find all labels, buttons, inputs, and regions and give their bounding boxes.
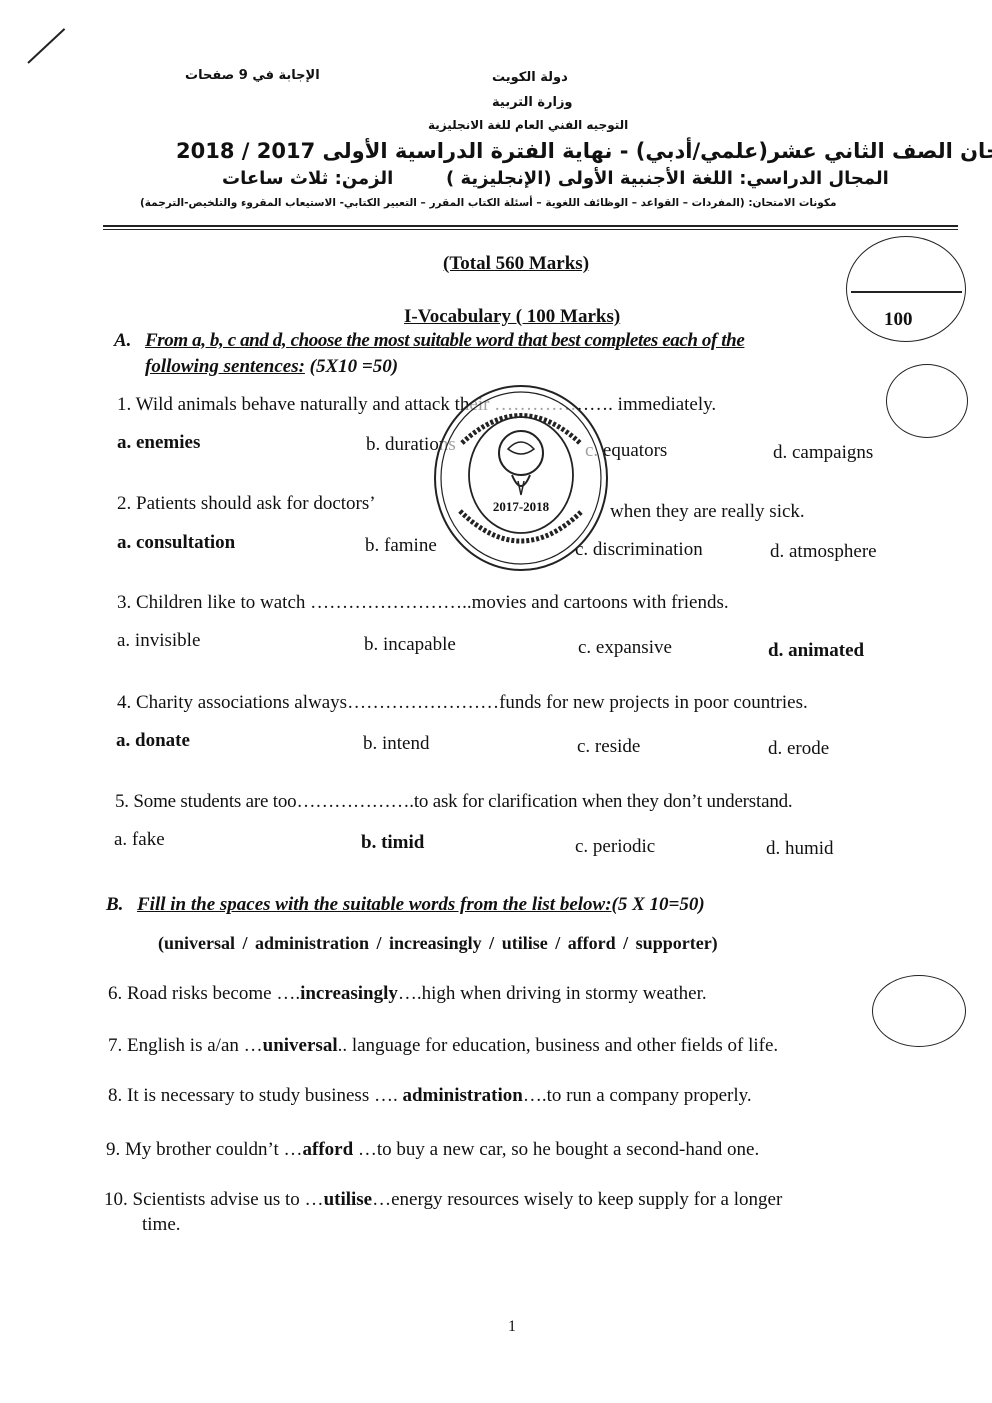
q3-option-a: a. invisible [117,630,200,652]
question-2-start: 2. Patients should ask for doctors’ [117,493,376,515]
q1-option-a: a. enemies [117,432,200,454]
q10-answer: utilise [324,1189,373,1210]
question-8: 8. It is necessary to study business …. … [108,1085,752,1107]
section-score: 100 [884,309,913,331]
q8-answer: administration [402,1085,522,1106]
pages-note: الإجابة في 9 صفحات [185,68,320,83]
q9-text: 9. My brother couldn’t … [106,1139,303,1160]
answer-circle-b [872,975,966,1047]
q9-answer: afford [303,1139,354,1160]
q2-option-d: d. atmosphere [770,541,877,563]
question-3: 3. Children like to watch ……………………..movi… [117,592,729,614]
q7-text-end: .. language for education, business and … [338,1035,779,1056]
part-a-instruction-line1: From a, b, c and d, choose the most suit… [145,330,744,352]
q7-answer: universal [263,1035,338,1056]
score-circle-divider [851,291,962,293]
question-10-continuation: time. [142,1214,181,1236]
q3-option-b: b. incapable [364,634,456,656]
q3-option-d: d. animated [768,640,864,662]
ministry-name: وزارة التربية [492,95,573,110]
q4-option-d: d. erode [768,738,829,760]
q10-text: 10. Scientists advise us to … [104,1189,324,1210]
total-marks: (Total 560 Marks) [443,253,589,275]
header-divider-2 [103,229,958,230]
q4-option-b: b. intend [363,733,430,755]
question-2-end: when they are really sick. [610,501,805,523]
q8-text-end: ….to run a company properly. [523,1085,752,1106]
part-a-label: A. [114,330,131,352]
question-10: 10. Scientists advise us to …utilise…ene… [104,1189,782,1211]
pen-mark [27,28,65,64]
question-5: 5. Some students are too……………….to ask fo… [115,791,792,813]
question-1: 1. Wild animals behave naturally and att… [117,394,716,416]
q8-text: 8. It is necessary to study business …. [108,1085,402,1106]
q2-option-b: b. famine [365,535,437,557]
part-b-instruction: Fill in the spaces with the suitable wor… [137,894,705,916]
part-b-marks: (5 X 10=50) [612,894,705,915]
q3-option-c: c. expansive [578,637,672,659]
q5-option-a: a. fake [114,829,165,851]
exam-time: الزمن: ثلاث ساعات [222,168,393,189]
q1-option-d: d. campaigns [773,442,873,464]
q10-text-end: …energy resources wisely to keep supply … [372,1189,782,1210]
q5-option-c: c. periodic [575,836,655,858]
word-list: (universal / administration / increasing… [158,933,718,954]
question-9: 9. My brother couldn’t …afford …to buy a… [106,1139,759,1161]
country-name: دولة الكويت [492,70,568,85]
part-a-instruction-text: following sentences: [145,356,305,377]
exam-title: امتحان الصف الثاني عشر(علمي/أدبي) - نهاي… [176,139,992,163]
q2-option-a: a. consultation [117,532,235,554]
header-divider [103,225,958,227]
part-b-label: B. [106,894,123,916]
q6-text-end: ….high when driving in stormy weather. [398,983,707,1004]
part-a-instruction-line2: following sentences: (5X10 =50) [145,356,398,378]
q9-text-end: …to buy a new car, so he bought a second… [353,1139,759,1160]
answer-circle [886,364,968,438]
question-4: 4. Charity associations always……………………fu… [117,692,808,714]
department-name: التوجيه الفني العام للغة الانجليزية [428,118,628,132]
question-7: 7. English is a/an …universal.. language… [108,1035,778,1057]
q5-option-d: d. humid [766,838,834,860]
page-number: 1 [508,1318,516,1336]
q5-option-b: b. timid [361,832,424,854]
part-a-marks: (5X10 =50) [305,356,398,377]
q7-text: 7. English is a/an … [108,1035,263,1056]
q6-answer: increasingly [300,983,398,1004]
official-seal-icon: 2017-2018 [432,383,610,573]
exam-subject: المجال الدراسي: اللغة الأجنبية الأولى (ا… [446,168,889,189]
part-b-instruction-text: Fill in the spaces with the suitable wor… [137,894,612,915]
exam-components: مكونات الامتحان: (المفردات – القواعد – ا… [140,197,837,209]
seal-year: 2017-2018 [493,499,550,514]
q4-option-c: c. reside [577,736,640,758]
question-6: 6. Road risks become ….increasingly….hig… [108,983,707,1005]
section-title: I-Vocabulary ( 100 Marks) [404,306,620,328]
q4-option-a: a. donate [116,730,190,752]
q6-text: 6. Road risks become …. [108,983,300,1004]
